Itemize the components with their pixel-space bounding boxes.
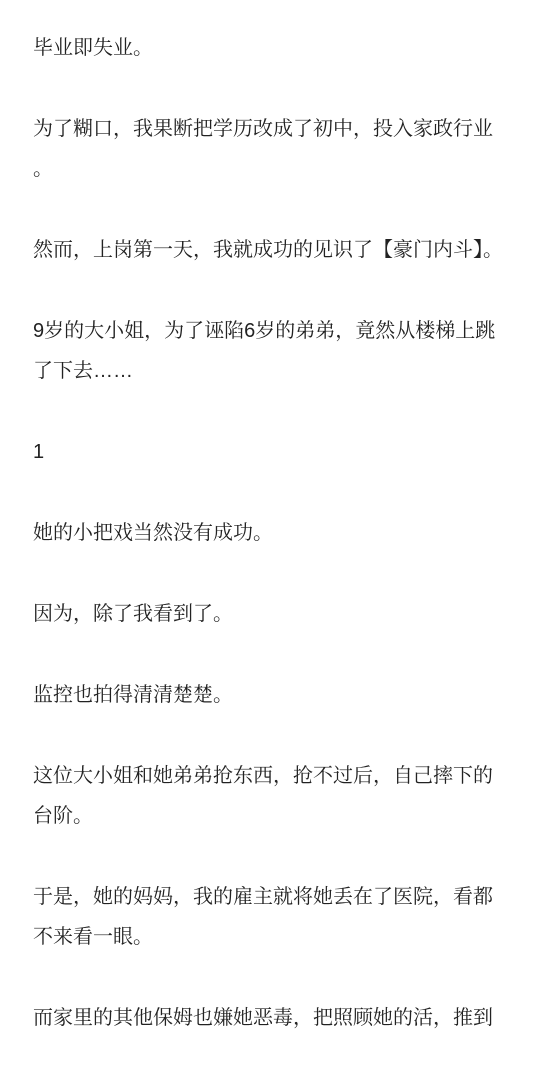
story-paragraph: 于是，她的妈妈，我的雇主就将她丢在了医院，看都不来看一眼。	[33, 877, 507, 957]
story-paragraph: 9岁的大小姐，为了诬陷6岁的弟弟，竟然从楼梯上跳了下去……	[33, 311, 507, 391]
story-paragraph: 因为，除了我看到了。	[33, 594, 507, 634]
story-paragraph: 毕业即失业。	[33, 28, 507, 68]
story-paragraph: 她的小把戏当然没有成功。	[33, 513, 507, 553]
story-paragraph: 监控也拍得清清楚楚。	[33, 675, 507, 715]
story-paragraph: 为了糊口，我果断把学历改成了初中，投入家政行业。	[33, 109, 507, 189]
story-paragraph: 然而，上岗第一天，我就成功的见识了【豪门内斗】。	[33, 230, 507, 270]
story-paragraph: 这位大小姐和她弟弟抢东西，抢不过后，自己摔下的台阶。	[33, 756, 507, 836]
reading-area[interactable]: 毕业即失业。 为了糊口，我果断把学历改成了初中，投入家政行业。 然而，上岗第一天…	[0, 0, 540, 1080]
story-paragraph: 而家里的其他保姆也嫌她恶毒，把照顾她的活，推到	[33, 998, 507, 1038]
section-number: 1	[33, 432, 507, 472]
